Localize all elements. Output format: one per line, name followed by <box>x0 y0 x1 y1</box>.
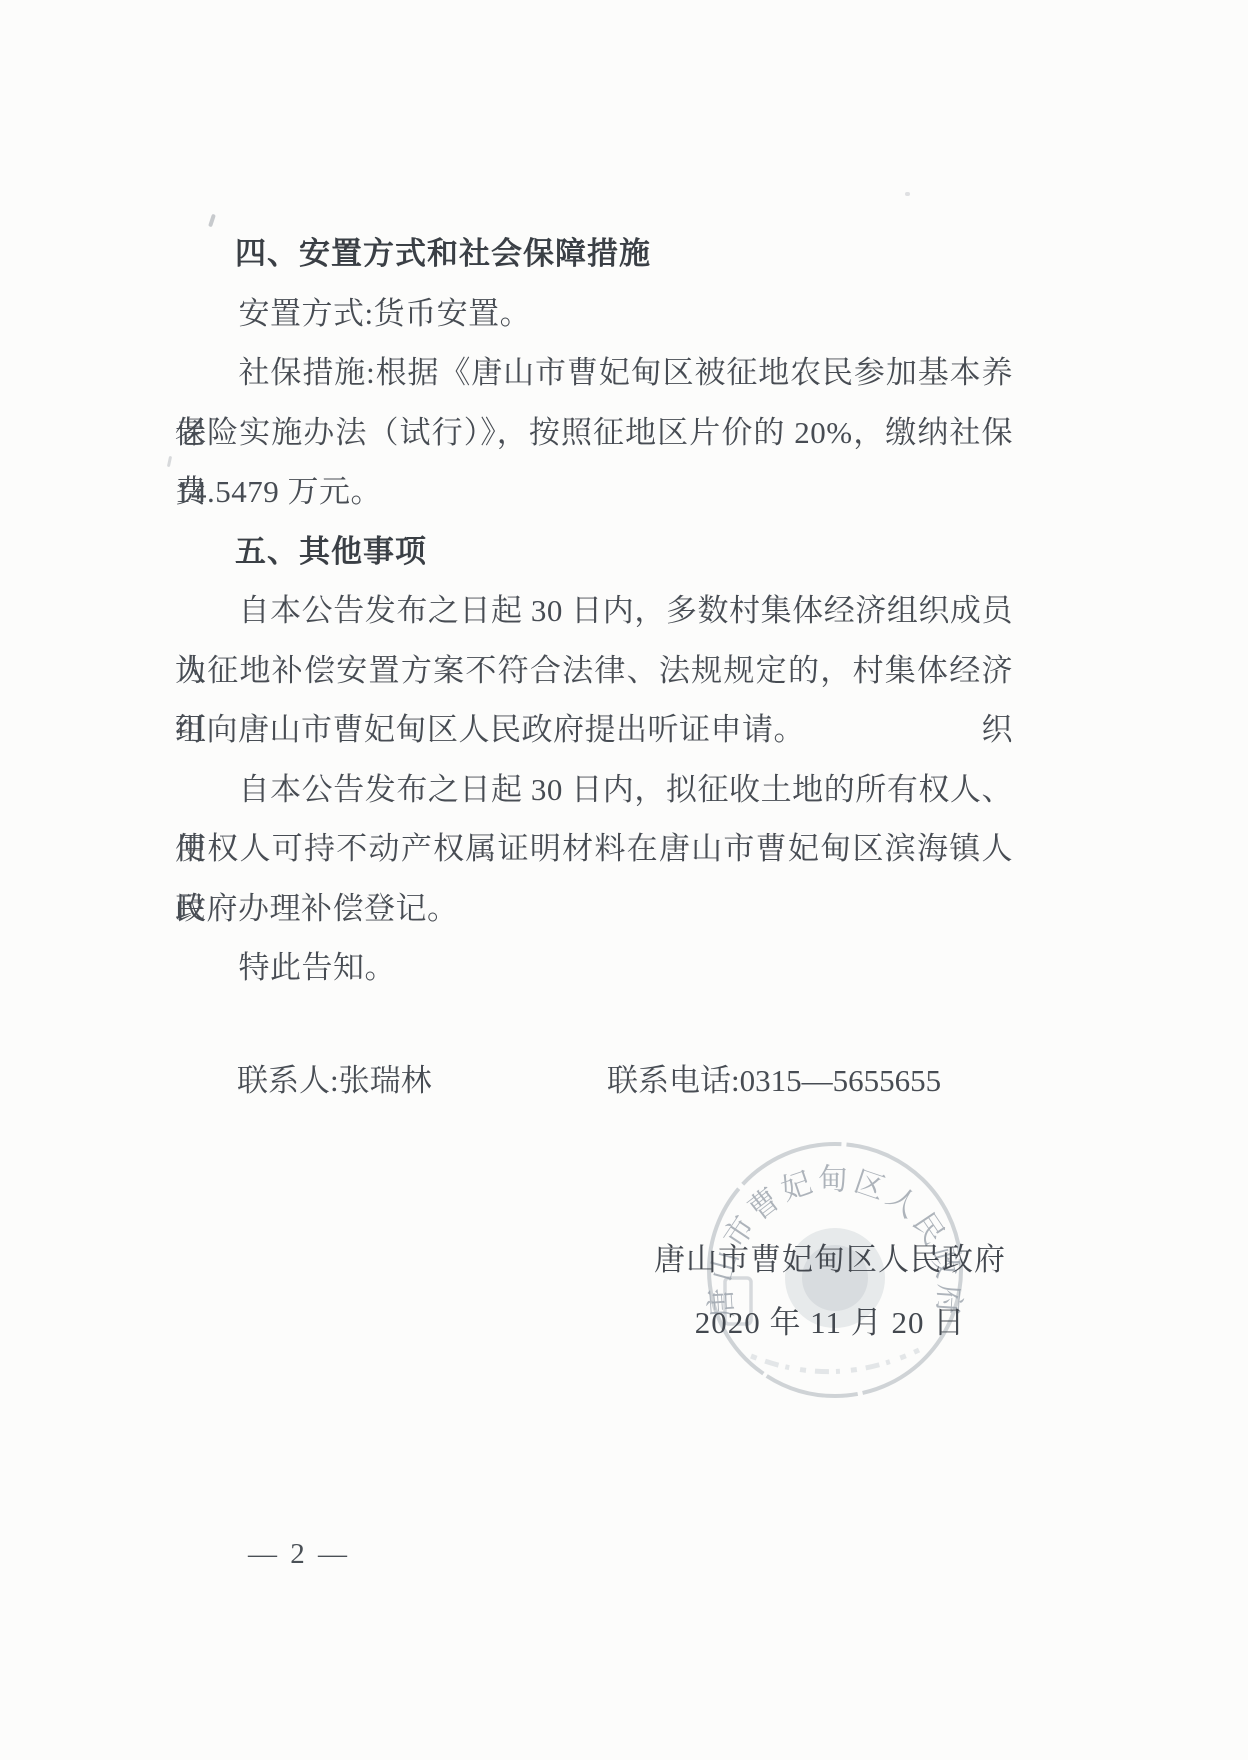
body-line-hearing-2: 为征地补偿安置方案不符合法律、法规规定的，村集体经济组织 <box>175 641 1013 701</box>
body-line-social-3: 14.5479 万元。 <box>175 462 1013 522</box>
scan-speck <box>167 456 172 467</box>
contact-phone: 联系电话:0315—5655655 <box>607 1051 941 1110</box>
document-body: 四、安置方式和社会保障措施 安置方式:货币安置。 社保措施:根据《唐山市曹妃甸区… <box>175 224 1013 998</box>
scan-speck <box>905 192 910 196</box>
document-page: 唐山市曹妃甸区人民政府 四、安置方式和社会保障措施 安置方式:货币安置。 社保措… <box>0 0 1248 1760</box>
seal-bottom-texture <box>751 1350 919 1372</box>
body-line-register-3: 政府办理补偿登记。 <box>175 879 1013 939</box>
body-line-social-2: 保险实施办法（试行）》，按照征地区片价的 20%，缴纳社保费 <box>175 403 1013 463</box>
body-line-register-1: 自本公告发布之日起 30 日内，拟征收土地的所有权人、使 <box>175 760 1013 820</box>
body-line-settlement-method: 安置方式:货币安置。 <box>175 284 1013 344</box>
issuer-signature: 唐山市曹妃甸区人民政府 <box>648 1234 1012 1279</box>
issue-date: 2020 年 11 月 20 日 <box>648 1297 1012 1342</box>
contact-person: 联系人:张瑞林 <box>237 1051 432 1110</box>
body-line-notice: 特此告知。 <box>175 938 1013 998</box>
section-heading-settlement: 四、安置方式和社会保障措施 <box>175 224 1013 284</box>
contact-row: 联系人:张瑞林 联系电话:0315—5655655 <box>175 1051 1013 1110</box>
body-line-hearing-1: 自本公告发布之日起 30 日内，多数村集体经济组织成员认 <box>175 581 1013 641</box>
body-line-register-2: 用权人可持不动产权属证明材料在唐山市曹妃甸区滨海镇人民 <box>175 819 1013 879</box>
body-line-social-1: 社保措施:根据《唐山市曹妃甸区被征地农民参加基本养老 <box>175 343 1013 403</box>
page-number: — 2 — <box>248 1538 350 1571</box>
section-heading-other: 五、其他事项 <box>175 522 1013 582</box>
